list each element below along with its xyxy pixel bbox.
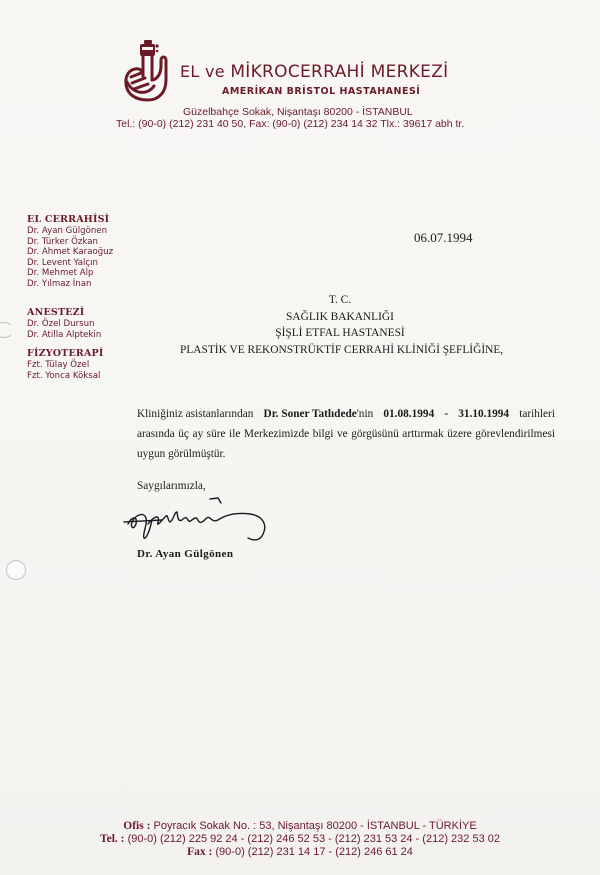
footer-office: Ofis : Poyracık Sokak No. : 53, Nişantaş… [60,820,540,833]
letter-date: 06.07.1994 [414,230,473,246]
letterhead-contact: Tel.: (90-0) (212) 231 40 50, Fax: (90-0… [116,118,464,130]
addressee-block: T. C. SAĞLIK BAKANLIĞI ŞİŞLİ ETFAL HASTA… [180,292,500,358]
staff-member: Dr. Atilla Alptekin [27,330,101,341]
staff-member: Fzt. Tülay Özel [27,360,104,371]
letterhead-address: Güzelbahçe Sokak, Nişantaşı 80200 - İSTA… [183,106,413,118]
staff-member: Dr. Ayan Gülgönen [27,226,113,237]
letterhead-title: EL ve MİKROCERRAHİ MERKEZİ [180,62,480,82]
staff-group-heading: FİZYOTERAPİ [27,348,104,360]
footer-fax: Fax : (90-0) (212) 231 14 17 - (212) 246… [60,846,540,859]
punch-hole [0,322,14,338]
signer-name: Dr. Ayan Gülgönen [137,548,233,560]
staff-member: Dr. Mehmet Alp [27,268,113,279]
letter-body: Kliniğiniz asistanlarından Dr. Soner Tat… [137,404,555,464]
hand-finger-logo-icon [121,36,169,104]
body-text: 'nin [357,408,373,420]
staff-group-heading: ANESTEZİ [27,307,101,319]
staff-member: Fzt. Yonca Köksal [27,371,104,382]
staff-member: Dr. Yılmaz İnan [27,279,113,290]
date-from: 01.08.1994 [383,404,434,424]
staff-group-anesthesia: ANESTEZİ Dr. Özel Dursun Dr. Atilla Alpt… [27,307,101,340]
body-text-rest: arasında üç ay süre ile Merkezimizde bil… [137,424,555,464]
body-text: tarihleri [519,404,555,424]
letter-page: EL ve MİKROCERRAHİ MERKEZİ AMERİKAN BRİS… [0,0,600,875]
addressee-line: ŞİŞLİ ETFAL HASTANESİ [180,325,500,342]
staff-group-physiotherapy: FİZYOTERAPİ Fzt. Tülay Özel Fzt. Yonca K… [27,348,104,381]
addressee-line: SAĞLIK BAKANLIĞI [180,309,500,326]
staff-group-hand-surgery: EL CERRAHİSİ Dr. Ayan Gülgönen Dr. Türke… [27,214,113,290]
footer-tel: Tel. : (90-0) (212) 225 92 24 - (212) 24… [60,833,540,846]
staff-member: Dr. Özel Dursun [27,319,101,330]
staff-member: Dr. Türker Özkan [27,237,113,248]
closing-greeting: Saygılarımızla, [137,480,206,492]
letterhead-subtitle: AMERİKAN BRİSTOL HASTAHANESİ [222,86,420,97]
staff-group-heading: EL CERRAHİSİ [27,214,113,226]
addressee-line: T. C. [180,292,500,309]
handwritten-signature-icon [122,494,272,544]
date-dash: - [444,404,448,424]
person-name: Dr. Soner Tatlıdede [264,408,357,420]
date-to: 31.10.1994 [458,404,509,424]
punch-hole [6,560,26,580]
staff-member: Dr. Levent Yalçın [27,258,113,269]
body-text: Kliniğiniz asistanlarından [137,404,253,424]
staff-member: Dr. Ahmet Karaoğuz [27,247,113,258]
letterhead-footer: Ofis : Poyracık Sokak No. : 53, Nişantaş… [60,820,540,859]
addressee-line: PLASTİK VE REKONSTRÜKTİF CERRAHİ KLİNİĞİ… [180,342,500,359]
